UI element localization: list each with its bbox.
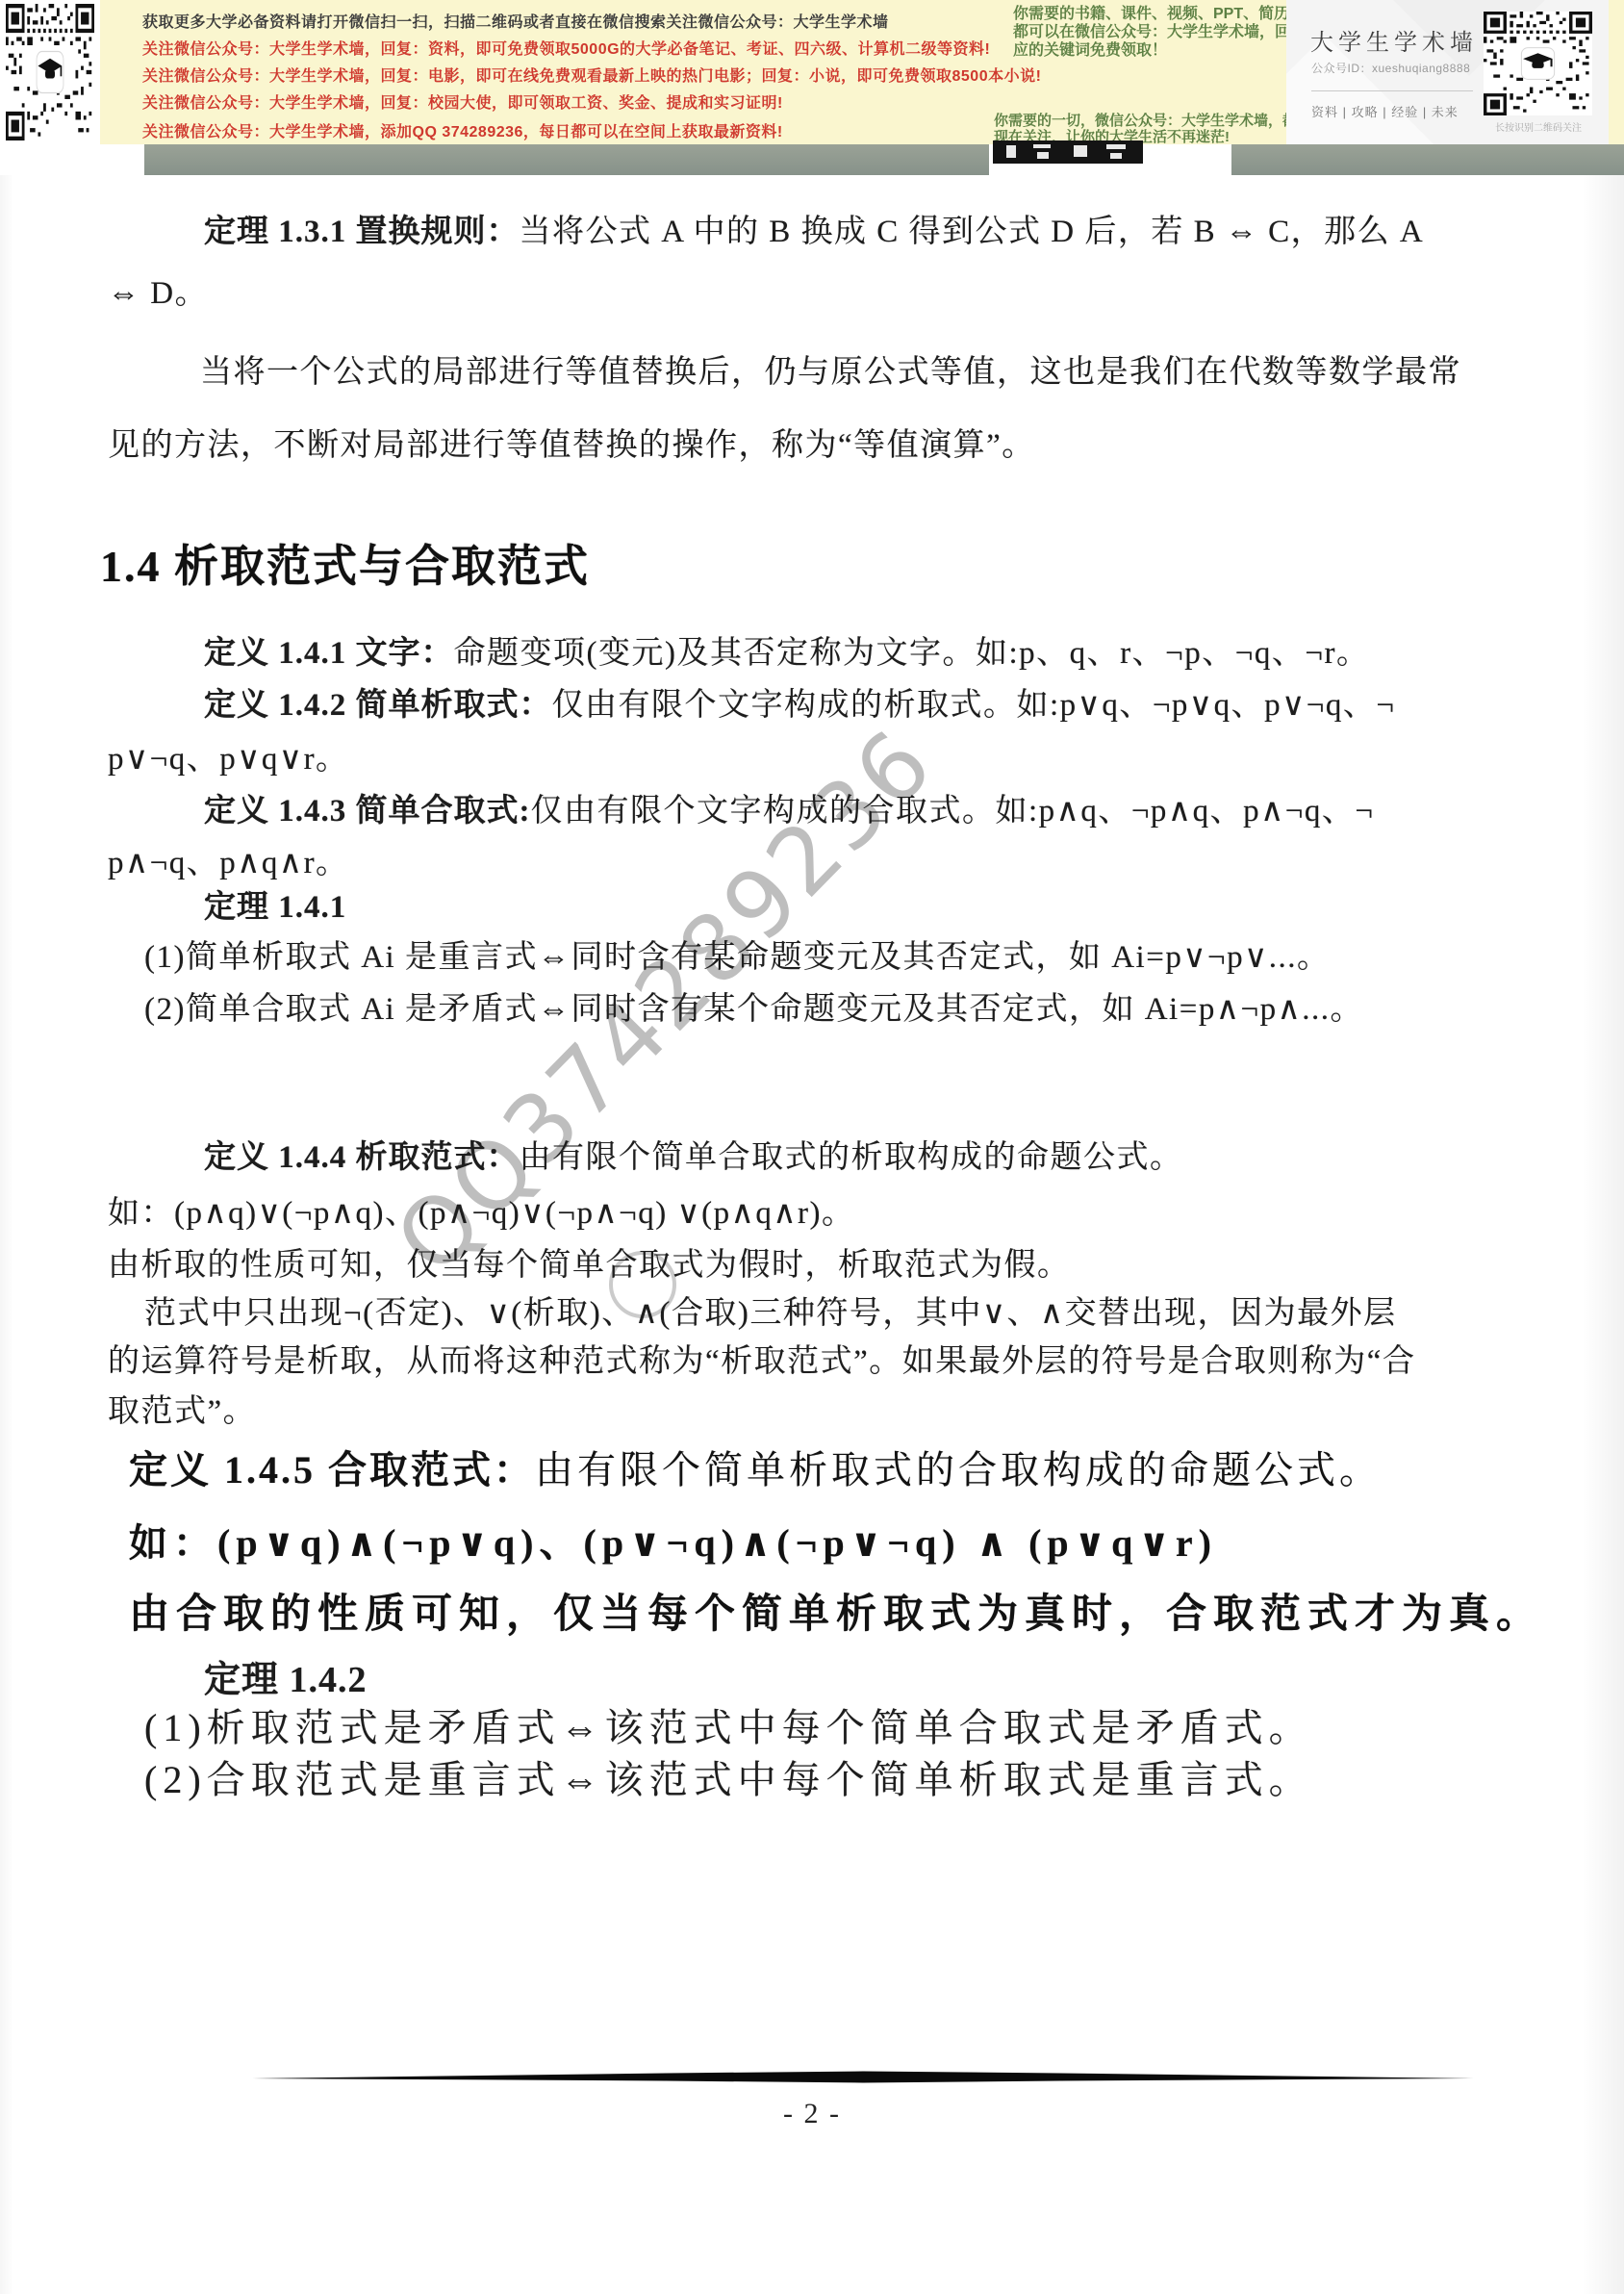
body-line: 如：(p∨q)∧(¬p∨q)、(p∨¬q)∧(¬p∨¬q) ∧ (p∨q∨r)	[129, 1513, 1217, 1568]
body-line: 见的方法，不断对局部进行等值替换的操作，称为“等值演算”。	[108, 420, 1035, 465]
body-line: 当将一个公式的局部进行等值替换后，仍与原公式等值，这也是我们在代数等数学最常	[200, 346, 1461, 392]
body-text: 仅由有限个文字构成的合取式。如:p∧q、¬p∧q、p∧¬q、¬	[531, 794, 1375, 828]
body-text: 命题变项(变元)及其否定称为文字。如:p、q、r、¬p、¬q、¬r。	[454, 636, 1370, 671]
body-text: 见的方法，不断对局部进行等值替换的操作，称为“等值演算”。	[108, 428, 1035, 463]
scan-edge-band	[144, 144, 1624, 175]
promo-green-text-top: 你需要的书籍、课件、视频、PPT、简历模板 都可以在微信公众号：大学生学术墙，回…	[1013, 5, 1321, 60]
body-text: 当将公式 A 中的 B 换成 C 得到公式 D 后，若 B ⇔ C，那么 A	[520, 215, 1425, 249]
promo-banner: 获取更多大学必备资料请打开微信扫一扫，扫描二维码或者直接在微信搜索关注微信公众号…	[0, 0, 1624, 144]
card-divider	[1311, 90, 1473, 91]
definition-label: 定义 1.4.3 简单合取式:	[204, 794, 531, 828]
body-text: p∧¬q、p∧q∧r。	[108, 846, 349, 880]
definition-1-4-5-line: 定义 1.4.5 合取范式：由有限个简单析取式的合取构成的命题公式。	[129, 1440, 1382, 1494]
body-text: (2)简单合取式 Ai 是矛盾式⇔同时含有某个命题变元及其否定式，如 Ai=p∧…	[144, 992, 1363, 1027]
footer-rule	[252, 2071, 1474, 2084]
wechat-qr-code-icon	[6, 4, 94, 140]
body-text: 由析取的性质可知，仅当每个简单合取式为假时，析取范式为假。	[108, 1248, 1071, 1283]
body-text: 的运算符号是析取，从而将这种范式称为“析取范式”。如果最外层的符号是合取则称为“…	[108, 1344, 1415, 1379]
banner-notice-line: 获取更多大学必备资料请打开微信扫一扫，扫描二维码或者直接在微信搜索关注微信公众号…	[142, 10, 889, 32]
body-text: p∨¬q、p∨q∨r。	[108, 742, 349, 777]
body-text: 仅由有限个文字构成的析取式。如:p∨q、¬p∨q、p∨¬q、¬	[552, 688, 1396, 723]
body-text: ⇔ D。	[108, 276, 208, 311]
qr-caption: 长按识别二维码关注	[1482, 119, 1595, 134]
body-line: (2)简单合取式 Ai 是矛盾式⇔同时含有某个命题变元及其否定式，如 Ai=p∧…	[144, 983, 1363, 1029]
scanned-document-page: 获取更多大学必备资料请打开微信扫一扫，扫描二维码或者直接在微信搜索关注微信公众号…	[0, 0, 1624, 2294]
qr-code-left-box	[0, 0, 100, 144]
page-edge-shading	[0, 175, 13, 2294]
page-number: - 2 -	[0, 2098, 1624, 2130]
body-text: (1)简单析取式 Ai 是重言式⇔同时含有某命题变元及其否定式，如 Ai=p∨¬…	[144, 940, 1331, 975]
body-text: (1)析取范式是矛盾式⇔该范式中每个简单合取式是矛盾式。	[144, 1706, 1313, 1749]
body-text: 由有限个简单合取式的析取构成的命题公式。	[520, 1140, 1183, 1175]
promo-line: 都可以在微信公众号：大学生学术墙，回复相	[1013, 23, 1321, 41]
body-text: 如：(p∧q)∨(¬p∧q)、(p∧¬q)∨(¬p∧¬q) ∨(p∧q∧r)。	[108, 1196, 854, 1231]
body-line: p∧¬q、p∧q∧r。	[108, 837, 349, 882]
theorem-1-3-1-line: 定理 1.3.1 置换规则：当将公式 A 中的 B 换成 C 得到公式 D 后，…	[204, 206, 1424, 251]
definition-label: 定义 1.4.1 文字：	[204, 636, 454, 671]
banner-notice-line: 关注微信公众号：大学生学术墙，回复：电影，即可在线免费观看最新上映的热门电影；回…	[142, 64, 1041, 86]
body-text: 当将一个公式的局部进行等值替换后，仍与原公式等值，这也是我们在代数等数学最常	[200, 355, 1461, 390]
body-line: ⇔ D。	[108, 268, 208, 313]
definition-label: 定义 1.4.2 简单析取式：	[204, 688, 552, 723]
scan-black-fragment-artifact	[993, 140, 1143, 164]
scan-left-margin	[0, 144, 144, 178]
body-line: 由析取的性质可知，仅当每个简单合取式为假时，析取范式为假。	[108, 1239, 1071, 1285]
theorem-label: 定理 1.4.1	[204, 890, 346, 925]
promo-line: 你需要的一切，微信公众号：大学生学术墙，都有!	[994, 113, 1316, 129]
promo-line: 应的关键词免费领取！	[1013, 41, 1321, 60]
body-line: 取范式”。	[108, 1386, 256, 1431]
banner-notice-line: 关注微信公众号：大学生学术墙，回复：校园大使，即可领取工资、奖金、提成和实习证明…	[142, 90, 783, 113]
body-line: 范式中只出现¬(否定)、∨(析取)、∧(合取)三种符号，其中∨、∧交替出现，因为…	[144, 1287, 1397, 1333]
definition-1-4-1-line: 定义 1.4.1 文字：命题变项(变元)及其否定称为文字。如:p、q、r、¬p、…	[204, 627, 1369, 673]
definition-label: 定义 1.4.5 合取范式：	[129, 1448, 535, 1491]
body-line: (1)简单析取式 Ai 是重言式⇔同时含有某命题变元及其否定式，如 Ai=p∨¬…	[144, 931, 1331, 977]
body-line: (1)析取范式是矛盾式⇔该范式中每个简单合取式是矛盾式。	[144, 1697, 1313, 1752]
body-text: (2)合取范式是重言式⇔该范式中每个简单析取式是重言式。	[144, 1758, 1313, 1801]
body-line: p∨¬q、p∨q∨r。	[108, 733, 349, 778]
theorem-1-4-2-line: 定理 1.4.2	[204, 1649, 368, 1702]
account-card: 大学生学术墙 公众号ID：xueshuqiang8888 资料 | 攻略 | 经…	[1286, 0, 1609, 144]
body-text: 由有限个简单析取式的合取构成的命题公式。	[535, 1448, 1382, 1491]
definition-1-4-4-line: 定义 1.4.4 析取范式：由有限个简单合取式的析取构成的命题公式。	[204, 1132, 1183, 1177]
banner-notice-line: 关注微信公众号：大学生学术墙，添加QQ 374289236，每日都可以在空间上获…	[142, 119, 783, 141]
definition-1-4-3-line: 定义 1.4.3 简单合取式:仅由有限个文字构成的合取式。如:p∧q、¬p∧q、…	[204, 785, 1374, 830]
body-text: 取范式”。	[108, 1394, 256, 1429]
definition-1-4-2-line: 定义 1.4.2 简单析取式：仅由有限个文字构成的析取式。如:p∨q、¬p∨q、…	[204, 679, 1395, 725]
section-heading-1-4: 1.4 析取范式与合取范式	[100, 531, 590, 595]
body-text: 范式中只出现¬(否定)、∨(析取)、∧(合取)三种符号，其中∨、∧交替出现，因为…	[144, 1296, 1397, 1331]
page-edge-shading	[1582, 175, 1624, 2294]
theorem-label: 定理 1.4.2	[204, 1660, 368, 1700]
theorem-1-4-1-line: 定理 1.4.1	[204, 881, 346, 927]
account-card-id: 公众号ID：xueshuqiang8888	[1311, 60, 1470, 76]
account-card-title: 大学生学术墙	[1310, 23, 1478, 57]
theorem-label: 定理 1.3.1 置换规则：	[204, 215, 520, 249]
banner-notice-line: 关注微信公众号：大学生学术墙，回复：资料，即可免费领取5000G的大学必备笔记、…	[142, 37, 990, 59]
body-line: 的运算符号是析取，从而将这种范式称为“析取范式”。如果最外层的符号是合取则称为“…	[108, 1336, 1415, 1381]
body-text: 由合取的性质可知，仅当每个简单析取式为真时，合取范式才为真。	[129, 1593, 1543, 1637]
promo-line: 你需要的书籍、课件、视频、PPT、简历模板	[1013, 5, 1321, 23]
body-line: (2)合取范式是重言式⇔该范式中每个简单析取式是重言式。	[144, 1749, 1313, 1804]
wechat-qr-code-icon	[1484, 12, 1592, 115]
body-line: 由合取的性质可知，仅当每个简单析取式为真时，合取范式才为真。	[129, 1582, 1543, 1640]
body-text: 如：(p∨q)∧(¬p∨q)、(p∨¬q)∧(¬p∨¬q) ∧ (p∨q∨r)	[129, 1521, 1217, 1565]
account-card-tags: 资料 | 攻略 | 经验 | 未来	[1311, 102, 1459, 120]
body-line: 如：(p∧q)∨(¬p∧q)、(p∧¬q)∨(¬p∧¬q) ∨(p∧q∧r)。	[108, 1187, 854, 1233]
definition-label: 定义 1.4.4 析取范式：	[204, 1140, 520, 1175]
